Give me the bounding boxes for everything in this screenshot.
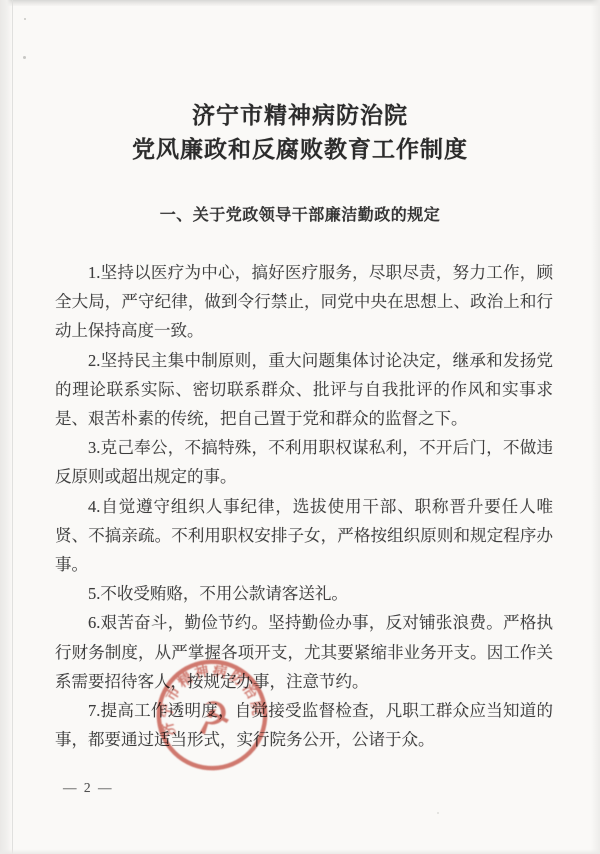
- section-heading: 一、关于党政领导干部廉洁勤政的规定: [0, 205, 600, 227]
- scan-edge-left: [0, 0, 13, 854]
- paragraph-4: 4.自觉遵守组织人事纪律，选拔使用干部、职称晋升要任人唯贤、不搞亲疏。不利用职权…: [55, 492, 553, 580]
- scan-speck: [23, 56, 26, 59]
- document-title-line2: 党风廉政和反腐败教育工作制度: [0, 133, 600, 167]
- paragraph-2: 2.坚持民主集中制原则，重大问题集体讨论决定，继承和发扬党的理论联系实际、密切联…: [55, 346, 553, 434]
- document-body: 1.坚持以医疗为中心，搞好医疗服务，尽职尽责，努力工作，顾全大局，严守纪律，做到…: [0, 258, 600, 754]
- scan-edge-top: [0, 0, 600, 6]
- scan-speck: [437, 812, 439, 814]
- paragraph-3: 3.克己奉公，不搞特殊，不利用职权谋私利，不开后门，不做违反原则或超出规定的事。: [55, 433, 553, 491]
- scanned-document-page: 济宁市精神病防治院 党风廉政和反腐败教育工作制度 一、关于党政领导干部廉洁勤政的…: [0, 0, 600, 854]
- scan-edge-right: [591, 0, 600, 854]
- scan-edge-bottom: [0, 849, 600, 854]
- paragraph-5: 5.不收受贿赂，不用公款请客送礼。: [55, 579, 553, 608]
- page-number: — 2 —: [63, 780, 114, 796]
- document-title: 济宁市精神病防治院 党风廉政和反腐败教育工作制度: [0, 0, 600, 167]
- scan-speck: [24, 18, 26, 20]
- paragraph-1: 1.坚持以医疗为中心，搞好医疗服务，尽职尽责，努力工作，顾全大局，严守纪律，做到…: [55, 258, 553, 346]
- paragraph-7: 7.提高工作透明度，自觉接受监督检查，凡职工群众应当知道的事，都要通过适当形式，…: [55, 696, 553, 754]
- document-title-line1: 济宁市精神病防治院: [0, 99, 600, 133]
- paragraph-6: 6.艰苦奋斗，勤俭节约。坚持勤俭办事，反对铺张浪费。严格执行财务制度，从严掌握各…: [55, 608, 553, 696]
